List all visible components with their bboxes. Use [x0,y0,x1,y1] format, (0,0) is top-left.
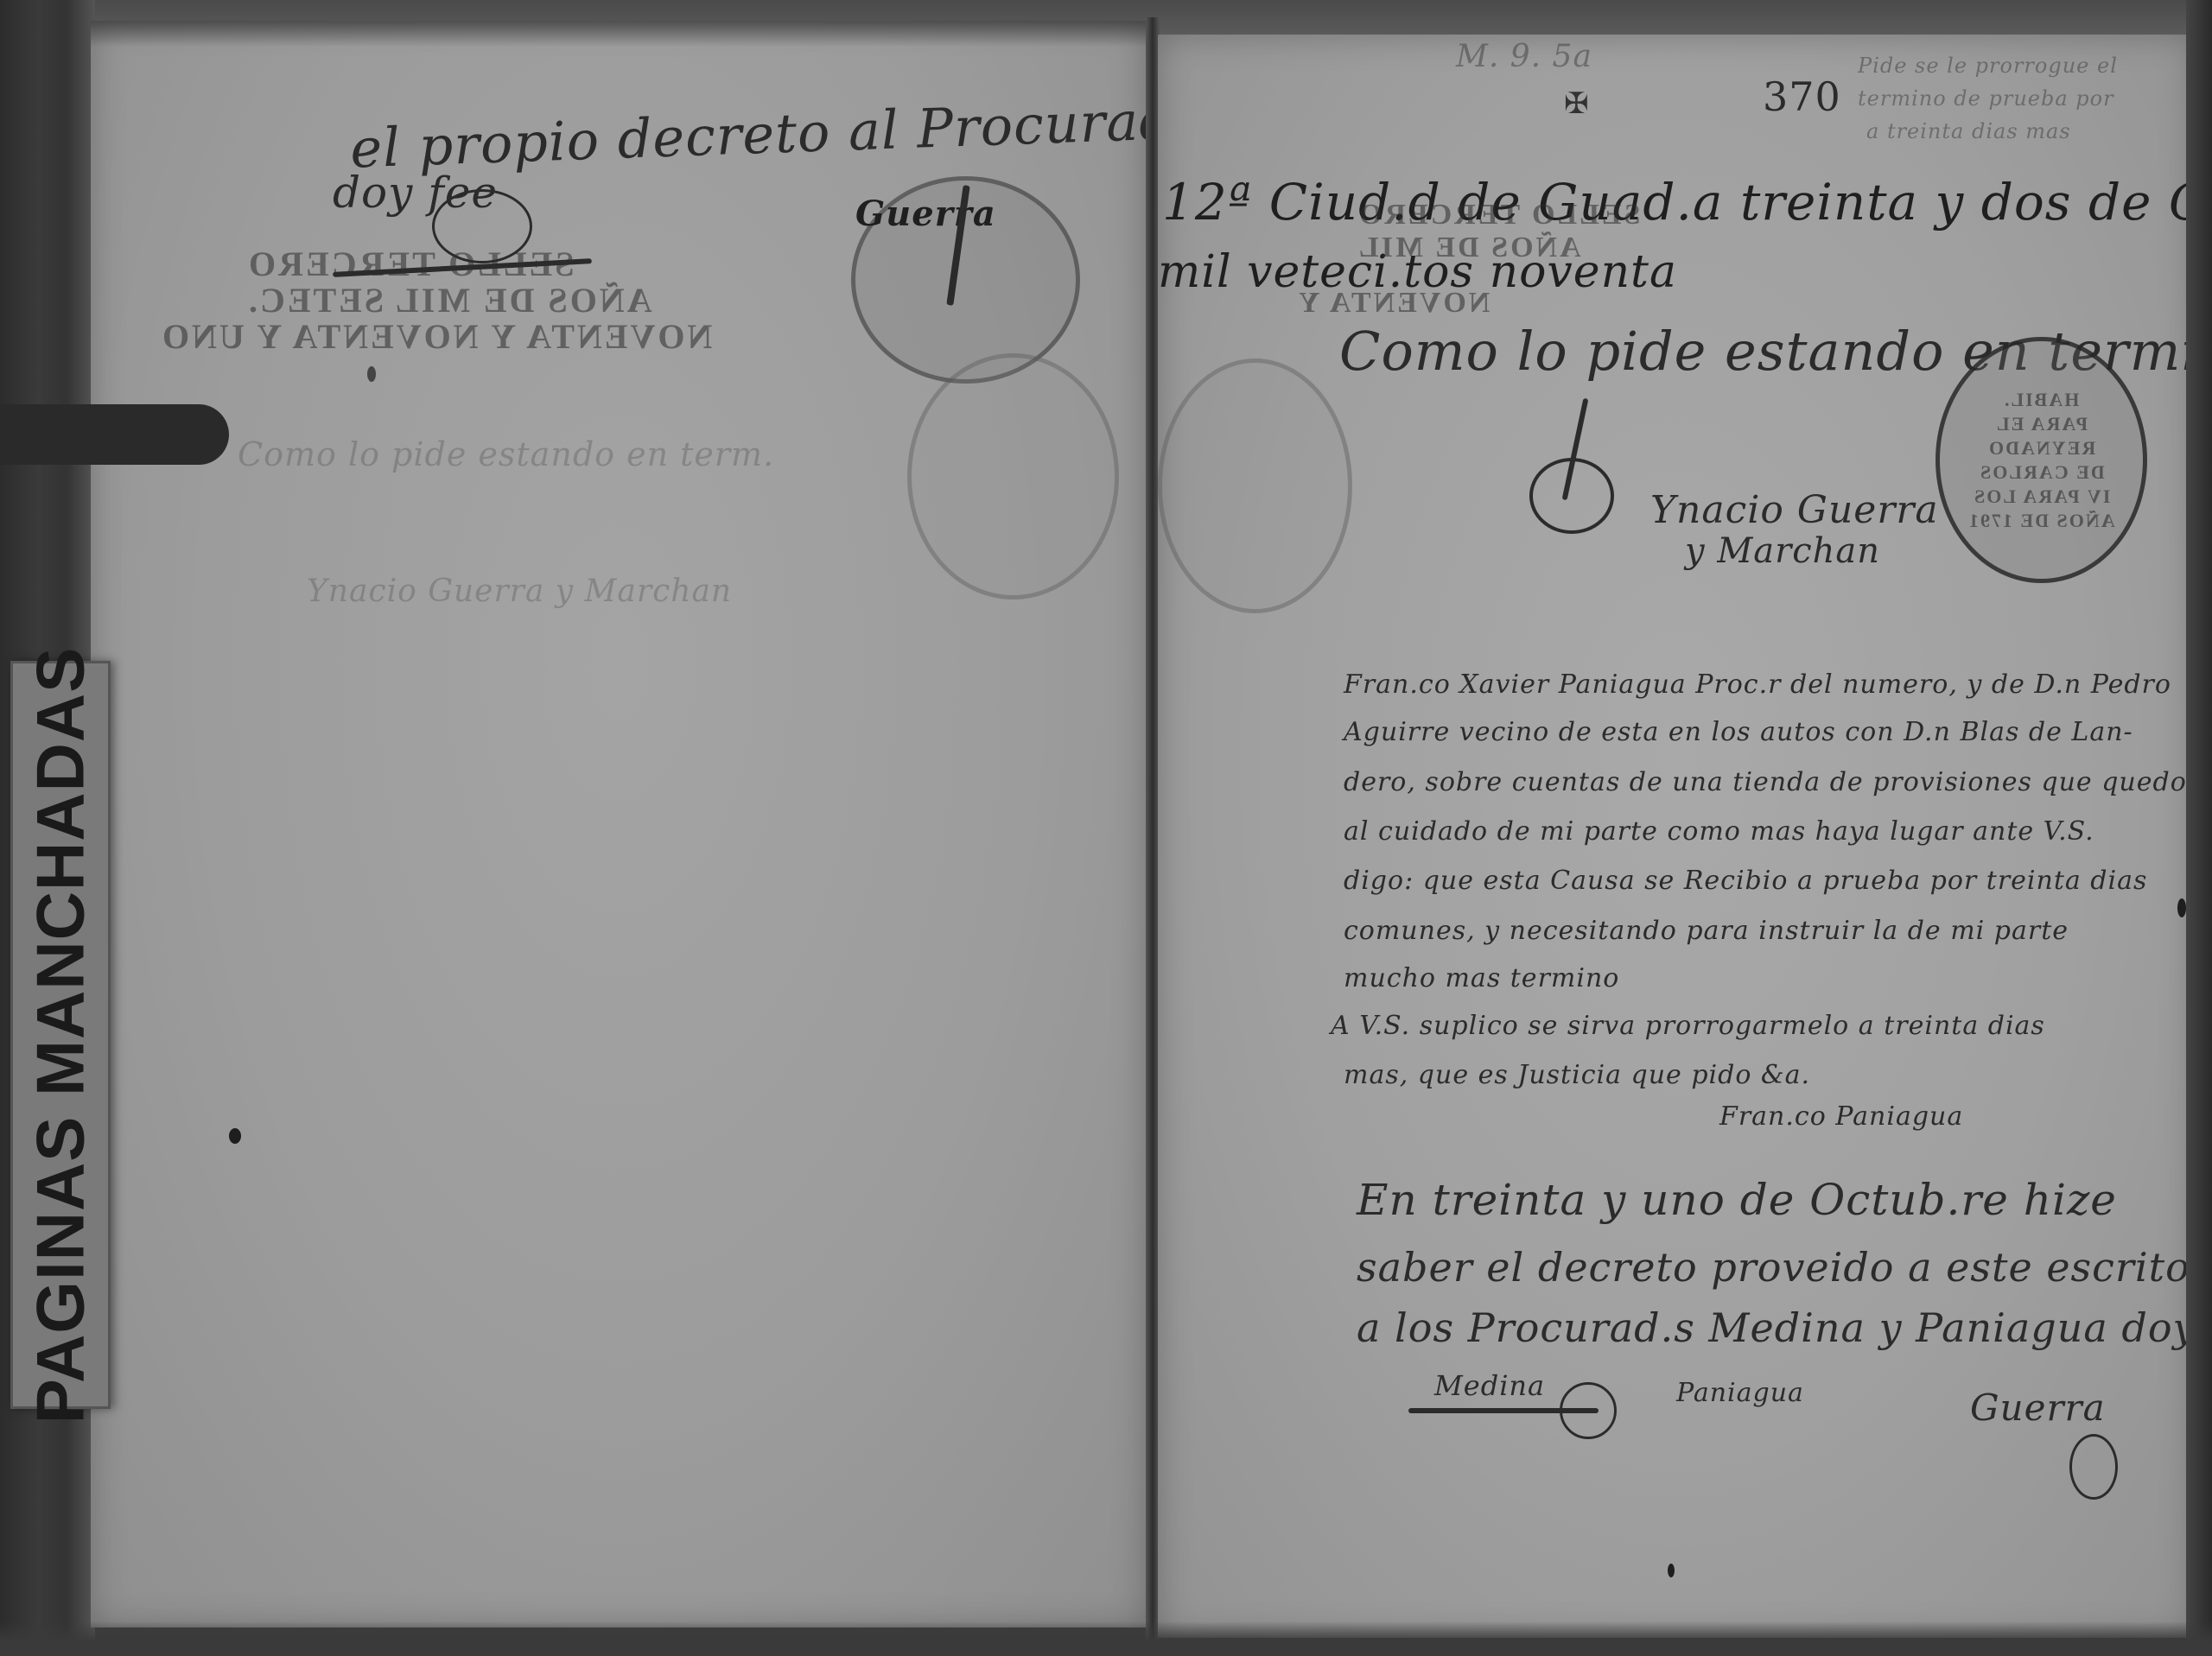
notification-line-1: En treinta y uno de Octub.re hize [1357,1175,2117,1225]
notification-line-2: saber el decreto proveido a este escrito [1357,1244,2190,1291]
signature-flourish [2069,1434,2118,1500]
petition-line-2: Aguirre vecino de esta en los autos con … [1344,717,2133,747]
petition-line-7: mucho mas termino [1344,963,1619,993]
mirror-seal-right-2: AÑOS DE MIL [1357,232,1581,264]
stamp-line: AÑOS DE 1791 [1967,509,2115,533]
stamp-line: HABIL. [2003,388,2079,412]
petition-line-4: al cuidado de mi parte como mas haya lug… [1344,816,2094,847]
folio-number: 370 [1763,73,1841,120]
ink-spot [367,366,376,382]
signature-marchan: y Marchan [1685,531,1880,571]
ink-spot [2177,898,2186,917]
ink-spot [1668,1564,1675,1577]
faint-bleed-line-1: Como lo pide estando en term. [238,435,774,473]
folio-note: M. 9. 5a [1456,39,1592,74]
stamp-line: PARA EL [1995,412,2088,436]
mirror-seal-right-1: SELLO TERCERO [1357,199,1640,232]
stamp-line: REYNADO [1987,436,2095,460]
petition-line-5: digo: que esta Causa se Recibio a prueba… [1344,866,2147,896]
official-stamp: HABIL. PARA EL REYNADO DE CARLOS IV PARA… [1935,337,2147,583]
petition-line-9: mas, que es Justicia que pido &a. [1344,1060,1810,1090]
mirror-seal-right-3: NOVENTA Y [1296,287,1490,320]
signature-flourish [1560,1382,1617,1439]
faint-seal-bleed [907,353,1119,600]
petition-line-3: dero, sobre cuentas de una tienda de pro… [1344,767,2187,797]
scanner-finger-shadow [0,404,229,465]
right-page: M. 9. 5a ✠ 370 Pide se le prorrogue el t… [1158,35,2195,1638]
decree-line-1: 12ª Ciud.d de Guad.a treinta y dos de Oc… [1162,173,2212,232]
signature-paniagua-bottom: Paniagua [1676,1378,1804,1408]
margin-note-3: a treinta dias mas [1866,119,2071,143]
signature-medina: Medina [1434,1369,1545,1402]
cross-icon: ✠ [1564,86,1589,121]
mirror-seal-text-3: NOVENTA Y NOVENTA Y UNO [160,316,712,357]
stamp-line: IV PARA LOS [1973,485,2110,509]
bottom-shadow [0,1621,2212,1656]
faint-bleed-line-2: Ynacio Guerra y Marchan [307,574,732,609]
page-top-shadow [91,21,1147,47]
margin-note-1: Pide se le prorrogue el [1858,54,2118,78]
signature-paniagua: Fran.co Paniagua [1719,1101,1963,1132]
left-page: el propio decreto al Procurad. Medina do… [91,21,1147,1627]
petition-line-1: Fran.co Xavier Paniagua Proc.r del numer… [1344,669,2171,700]
signature-guerra-bottom: Guerra [1970,1386,2106,1429]
notification-line-3: a los Procurad.s Medina y Paniagua doy f… [1357,1304,2212,1351]
mirror-seal-text-2: AÑOS DE MIL SETEC. [246,280,652,320]
mirror-seal-text-1: SELLO TERCERO [246,244,575,284]
signature-guerra: Ynacio Guerra [1650,488,1939,532]
faint-seal-right-bleed [1158,358,1352,613]
right-edge-shadow [2186,0,2212,1656]
damage-label-text: PAGINAS MANCHADAS [22,646,100,1424]
petition-line-6: comunes, y necesitando para instruir la … [1344,916,2069,946]
stamp-line: DE CARLOS [1979,460,2105,485]
seal-signature: Guerra [855,194,996,234]
margin-note-2: termino de prueba por [1858,86,2114,111]
ink-spot [229,1128,241,1144]
damage-label-tag: PAGINAS MANCHADAS [10,661,111,1409]
petition-line-8: A V.S. suplico se sirva prorrogarmelo a … [1331,1011,2045,1041]
